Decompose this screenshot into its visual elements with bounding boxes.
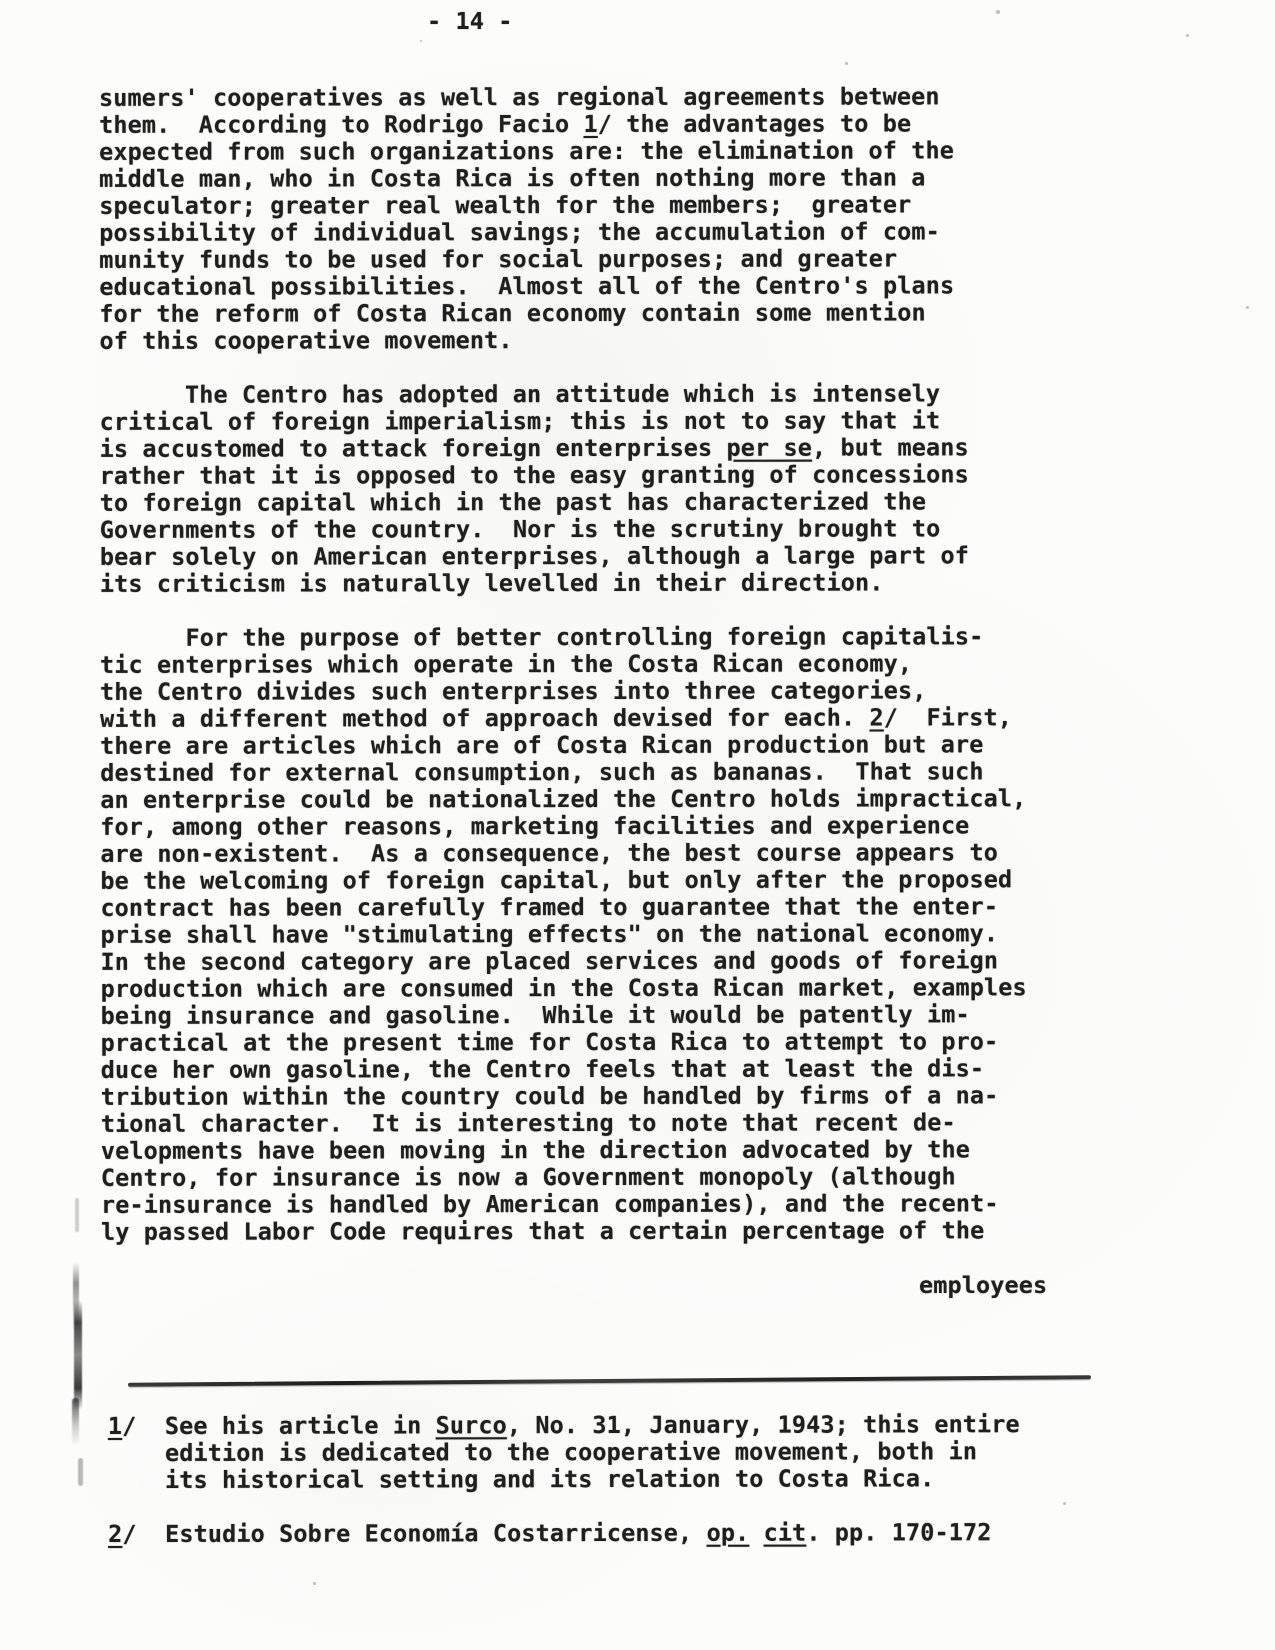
scan-speck	[420, 40, 422, 42]
text-line: an enterprise could be nationalized the …	[100, 785, 1080, 814]
text-line: for the reform of Costa Rican economy co…	[99, 299, 1079, 328]
text-line: The Centro has adopted an attitude which…	[100, 380, 1080, 409]
paragraph: sumers' cooperatives as well as regional…	[99, 83, 1079, 355]
text-line: duce her own gasoline, the Centro feels …	[101, 1055, 1081, 1084]
scan-speck	[840, 1120, 843, 1123]
catchword: employees	[919, 1272, 1047, 1299]
text-line: middle man, who in Costa Rica is often n…	[99, 164, 1079, 193]
scan-smudge	[78, 1458, 83, 1486]
text-line: velopments have been moving in the direc…	[101, 1136, 1081, 1165]
text-line: production which are consumed in the Cos…	[101, 974, 1081, 1003]
text-line: bear solely on American enterprises, alt…	[100, 542, 1080, 571]
text-line: re-insurance is handled by American comp…	[101, 1190, 1081, 1219]
scan-speck	[845, 62, 848, 65]
text-line: tic enterprises which operate in the Cos…	[100, 650, 1080, 679]
text-line: ly passed Labor Code requires that a cer…	[101, 1217, 1081, 1246]
scan-speck	[1063, 1502, 1066, 1505]
text-line: its historical setting and its relation …	[165, 1465, 1118, 1494]
text-line: are non-existent. As a consequence, the …	[100, 839, 1080, 868]
underlined-text: cit	[764, 1519, 807, 1547]
underlined-text: per se	[727, 434, 813, 462]
paragraph: The Centro has adopted an attitude which…	[100, 380, 1080, 598]
text-line: tional character. It is interesting to n…	[101, 1109, 1081, 1138]
text-line: rather that it is opposed to the easy gr…	[100, 461, 1080, 490]
text-line: the Centro divides such enterprises into…	[100, 677, 1080, 706]
scanned-document-page: - 14 - sumers' cooperatives as well as r…	[0, 0, 1275, 1650]
text-line: edition is dedicated to the cooperative …	[165, 1438, 1118, 1467]
footnote-separator-rule	[128, 1375, 1091, 1387]
text-line: destined for external consumption, such …	[100, 758, 1080, 787]
text-line: In the second category are placed servic…	[100, 947, 1080, 976]
text-line: prise shall have "stimulating effects" o…	[100, 920, 1080, 949]
text-line: possibility of individual savings; the a…	[99, 218, 1079, 247]
text-line: for, among other reasons, marketing faci…	[100, 812, 1080, 841]
underlined-text: 2	[108, 1520, 122, 1548]
footnote: 2/ Estudio Sobre Economía Costarricense,…	[108, 1519, 1118, 1548]
text-line: munity funds to be used for social purpo…	[99, 245, 1079, 274]
page-number: - 14 -	[427, 8, 513, 35]
text-line: 2/ Estudio Sobre Economía Costarricense,…	[108, 1519, 1118, 1548]
underlined-text: 2	[869, 703, 883, 731]
underlined-text: 1	[583, 110, 597, 138]
footnotes: 1/ See his article in Surco, No. 31, Jan…	[108, 1411, 1118, 1548]
text-line: there are articles which are of Costa Ri…	[100, 731, 1080, 760]
text-line: to foreign capital which in the past has…	[100, 488, 1080, 517]
footnote: 1/ See his article in Surco, No. 31, Jan…	[108, 1411, 1118, 1494]
text-line: For the purpose of better controlling fo…	[100, 623, 1080, 652]
text-line: contract has been carefully framed to gu…	[100, 893, 1080, 922]
text-line: with a different method of approach devi…	[100, 704, 1080, 733]
scan-smudge	[72, 1398, 79, 1446]
underlined-text: 1	[108, 1412, 122, 1440]
underlined-text: op.	[707, 1519, 750, 1547]
text-line: expected from such organizations are: th…	[99, 137, 1079, 166]
text-line: of this cooperative movement.	[99, 326, 1079, 355]
text-line: Governments of the country. Nor is the s…	[100, 515, 1080, 544]
text-line: 1/ See his article in Surco, No. 31, Jan…	[108, 1411, 1118, 1440]
body-text: sumers' cooperatives as well as regional…	[99, 83, 1081, 1246]
text-line: critical of foreign imperialism; this is…	[100, 407, 1080, 436]
text-line: Centro, for insurance is now a Governmen…	[101, 1163, 1081, 1192]
text-line: be the welcoming of foreign capital, but…	[100, 866, 1080, 895]
text-line: tribution within the country could be ha…	[101, 1082, 1081, 1111]
underlined-text: Surco	[436, 1411, 507, 1439]
scan-smudge	[74, 1300, 82, 1410]
scan-speck	[313, 1582, 316, 1585]
text-line: is accustomed to attack foreign enterpri…	[100, 434, 1080, 463]
text-line: them. According to Rodrigo Facio 1/ the …	[99, 110, 1079, 139]
scan-speck	[1186, 34, 1189, 37]
paragraph: For the purpose of better controlling fo…	[100, 623, 1081, 1246]
text-line: speculator; greater real wealth for the …	[99, 191, 1079, 220]
text-line: educational possibilities. Almost all of…	[99, 272, 1079, 301]
scan-speck	[1246, 306, 1249, 309]
scan-speck	[996, 10, 1000, 14]
text-line: its criticism is naturally levelled in t…	[100, 569, 1080, 598]
scan-smudge	[75, 1198, 79, 1232]
text-line: practical at the present time for Costa …	[101, 1028, 1081, 1057]
text-line: being insurance and gasoline. While it w…	[101, 1001, 1081, 1030]
text-line: sumers' cooperatives as well as regional…	[99, 83, 1079, 112]
